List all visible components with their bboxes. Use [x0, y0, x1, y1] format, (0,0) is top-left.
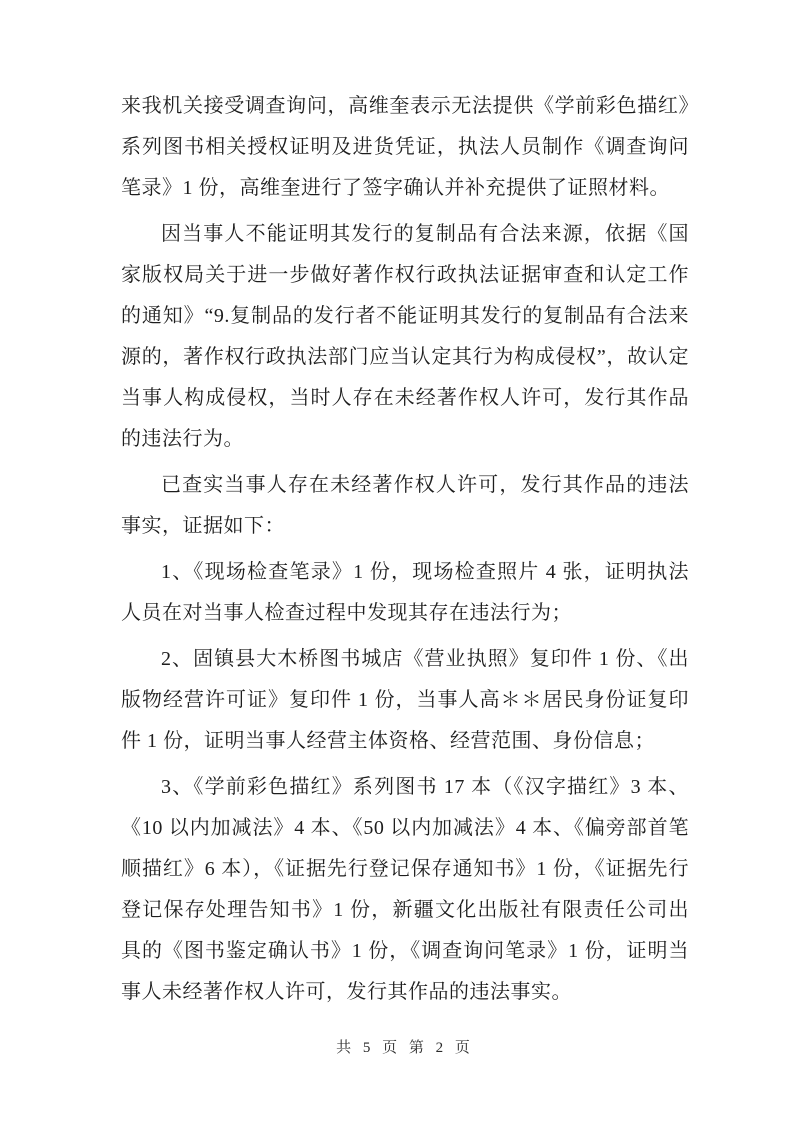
- document-page: 来我机关接受调查询问，高维奎表示无法提供《学前彩色描红》系列图书相关授权证明及进…: [0, 0, 793, 1122]
- paragraph: 来我机关接受调查询问，高维奎表示无法提供《学前彩色描红》系列图书相关授权证明及进…: [121, 86, 689, 209]
- paragraph: 1、《现场检查笔录》1 份，现场检查照片 4 张，证明执法人员在对当事人检查过程…: [121, 552, 689, 634]
- page-footer: 共 5 页 第 2 页: [121, 1036, 689, 1057]
- paragraph: 2、固镇县大木桥图书城店《营业执照》复印件 1 份、《出版物经营许可证》复印件 …: [121, 639, 689, 762]
- paragraph: 已查实当事人存在未经著作权人许可，发行其作品的违法事实，证据如下：: [121, 465, 689, 547]
- paragraph: 3、《学前彩色描红》系列图书 17 本（《汉字描红》3 本、《10 以内加减法》…: [121, 767, 689, 1013]
- document-body: 来我机关接受调查询问，高维奎表示无法提供《学前彩色描红》系列图书相关授权证明及进…: [121, 86, 689, 1018]
- paragraph: 因当事人不能证明其发行的复制品有合法来源，依据《国家版权局关于进一步做好著作权行…: [121, 214, 689, 460]
